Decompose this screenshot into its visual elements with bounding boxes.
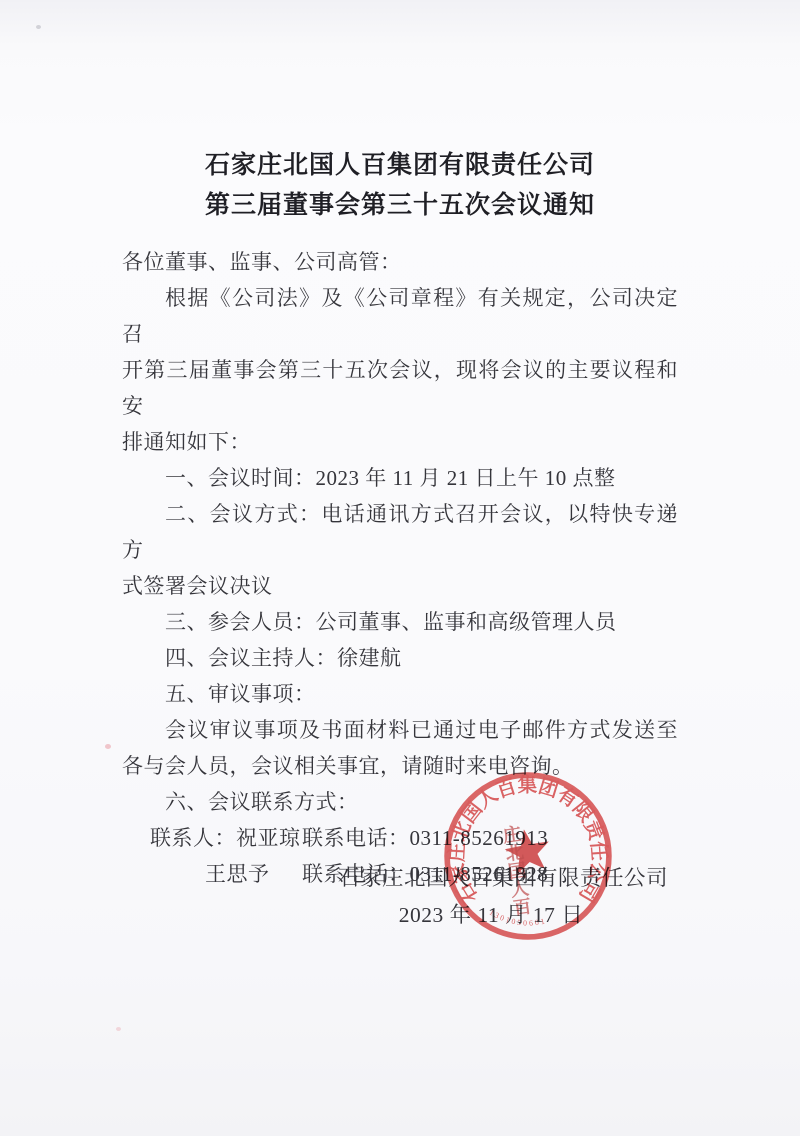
- scan-artifact: [36, 25, 41, 29]
- body-line-host: 四、会议主持人：徐建航: [122, 640, 678, 676]
- scan-artifact: [105, 744, 111, 749]
- title-line-company: 石家庄北国人百集团有限责任公司: [0, 146, 800, 186]
- body-line: 开第三届董事会第三十五次会议，现将会议的主要议程和安: [122, 352, 678, 424]
- body-line: 会议审议事项及书面材料已通过电子邮件方式发送至: [122, 712, 678, 748]
- contact-1-name: 联系人：祝亚琼: [150, 820, 301, 856]
- body-line-meeting-method: 二、会议方式：电话通讯方式召开会议，以特快专递方: [122, 496, 678, 568]
- contact-1-person: 祝亚琼: [236, 826, 301, 850]
- title-line-meeting: 第三届董事会第三十五次会议通知: [0, 186, 800, 226]
- body-line: 排通知如下：: [122, 424, 678, 460]
- document-title: 石家庄北国人百集团有限责任公司 第三届董事会第三十五次会议通知: [0, 146, 800, 226]
- scanned-document-page: 石家庄北国人百集团有限责任公司 第三届董事会第三十五次会议通知 各位董事、监事、…: [0, 0, 800, 1136]
- body-line-agenda: 五、审议事项：: [122, 676, 678, 712]
- body-line-participants: 三、参会人员：公司董事、监事和高级管理人员: [122, 604, 678, 640]
- company-seal: 石家庄北国人百集团有限责任公司 1301050601 庄北国人百: [441, 769, 615, 943]
- contact-1-phone-label: 联系电话：: [302, 826, 410, 850]
- body-line-meeting-time: 一、会议时间：2023 年 11 月 21 日上午 10 点整: [122, 460, 678, 496]
- salutation: 各位董事、监事、公司高管：: [122, 244, 678, 280]
- body-line: 式签署会议决议: [122, 568, 678, 604]
- contact-2-name: 王思予: [205, 856, 270, 892]
- scan-artifact: [116, 1027, 121, 1031]
- contact-person-label: 联系人：: [150, 826, 236, 850]
- body-line: 根据《公司法》及《公司章程》有关规定，公司决定召: [122, 280, 678, 352]
